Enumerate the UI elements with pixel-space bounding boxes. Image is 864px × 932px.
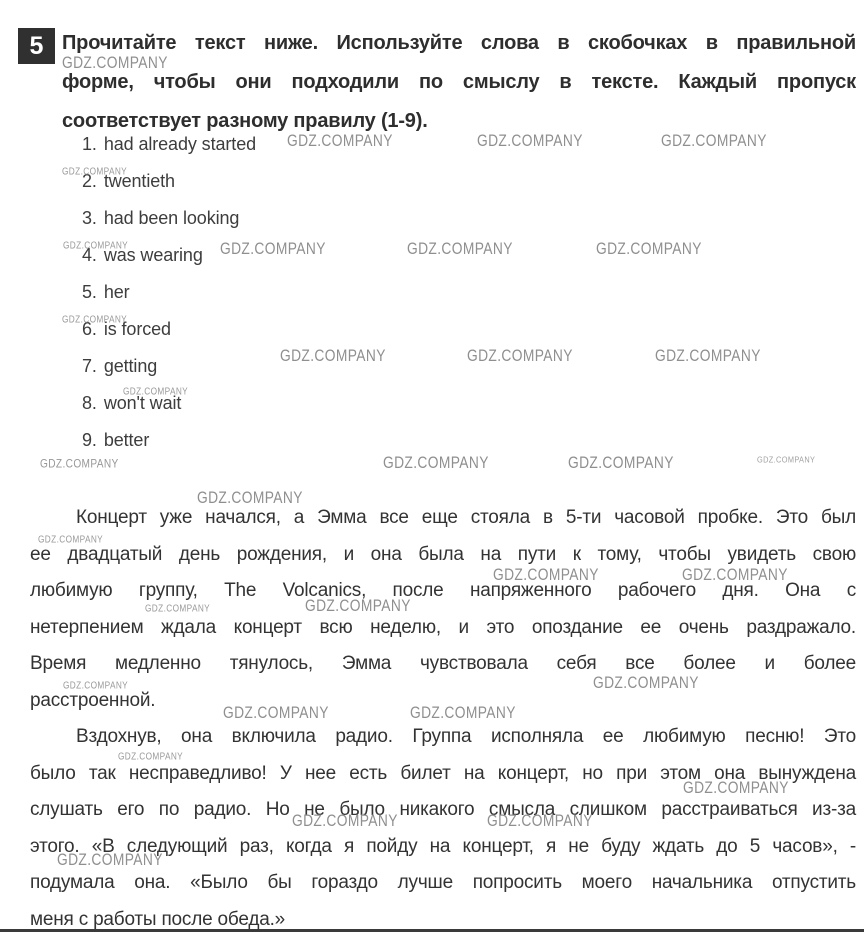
answer-number: 3. <box>82 208 97 228</box>
answer-text: is forced <box>104 319 171 339</box>
paragraph-line: подумала она. «Было бы гораздо лучше поп… <box>30 865 856 902</box>
paragraph-line: Время медленно тянулось, Эмма чувствовал… <box>30 646 856 683</box>
answer-text: twentieth <box>104 171 175 191</box>
paragraph-line: ее двадцатый день рождения, и она была н… <box>30 537 856 574</box>
paragraph-line: нетерпением ждала концерт всю неделю, и … <box>30 610 856 647</box>
watermark: GDZ.COMPANY <box>596 240 702 258</box>
answer-text: won't wait <box>104 393 181 413</box>
answer-text: was wearing <box>104 245 203 265</box>
paragraph-line: любимую группу, The Volcanics, после нап… <box>30 573 856 610</box>
paragraph-line: расстроенной. <box>30 683 856 720</box>
watermark: GDZ.COMPANY <box>757 455 815 465</box>
answer-item: 3.had been looking <box>82 200 256 237</box>
paragraph-line: слушать его по радио. Но не было никаког… <box>30 792 856 829</box>
watermark: GDZ.COMPANY <box>280 347 386 365</box>
answer-number: 1. <box>82 134 97 154</box>
answer-number: 5. <box>82 282 97 302</box>
translation-text: Концерт уже начался, а Эмма все еще стоя… <box>30 500 856 932</box>
answer-number: 9. <box>82 430 97 450</box>
answer-item: 8.won't wait <box>82 385 256 422</box>
answer-text: better <box>104 430 149 450</box>
answer-item: 2.twentieth <box>82 163 256 200</box>
task-instruction: Прочитайте текст ниже. Используйте слова… <box>62 24 856 141</box>
answer-text: had been looking <box>104 208 240 228</box>
paragraph-line: было так несправедливо! У нее есть билет… <box>30 756 856 793</box>
watermark: GDZ.COMPANY <box>568 454 674 472</box>
paragraph-line: Концерт уже начался, а Эмма все еще стоя… <box>30 500 856 537</box>
exercise-page: 5 Прочитайте текст ниже. Используйте сло… <box>0 0 864 932</box>
watermark: GDZ.COMPANY <box>467 347 573 365</box>
paragraph-line: меня с работы после обеда.» <box>30 902 856 932</box>
answer-item: 1.had already started <box>82 126 256 163</box>
answer-number: 2. <box>82 171 97 191</box>
watermark: GDZ.COMPANY <box>383 454 489 472</box>
task-number-badge: 5 <box>18 28 55 64</box>
answer-item: 5.her <box>82 274 256 311</box>
watermark: GDZ.COMPANY <box>655 347 761 365</box>
watermark: GDZ.COMPANY <box>407 240 513 258</box>
answer-number: 6. <box>82 319 97 339</box>
watermark: GDZ.COMPANY <box>40 458 119 471</box>
task-number: 5 <box>30 32 44 61</box>
answer-number: 4. <box>82 245 97 265</box>
paragraph-line: Вздохнув, она включила радио. Группа исп… <box>30 719 856 756</box>
answer-text: had already started <box>104 134 256 154</box>
instruction-line: форме, чтобы они подходили по смыслу в т… <box>62 63 856 102</box>
paragraph-line: этого. «В следующий раз, когда я пойду н… <box>30 829 856 866</box>
instruction-line: Прочитайте текст ниже. Используйте слова… <box>62 24 856 63</box>
answer-text: getting <box>104 356 157 376</box>
answer-item: 6.is forced <box>82 311 256 348</box>
answer-item: 7.getting <box>82 348 256 385</box>
answer-text: her <box>104 282 130 302</box>
answer-number: 8. <box>82 393 97 413</box>
answer-item: 4.was wearing <box>82 237 256 274</box>
answer-item: 9.better <box>82 422 256 459</box>
answers-list: 1.had already started 2.twentieth 3.had … <box>82 126 256 459</box>
answer-number: 7. <box>82 356 97 376</box>
